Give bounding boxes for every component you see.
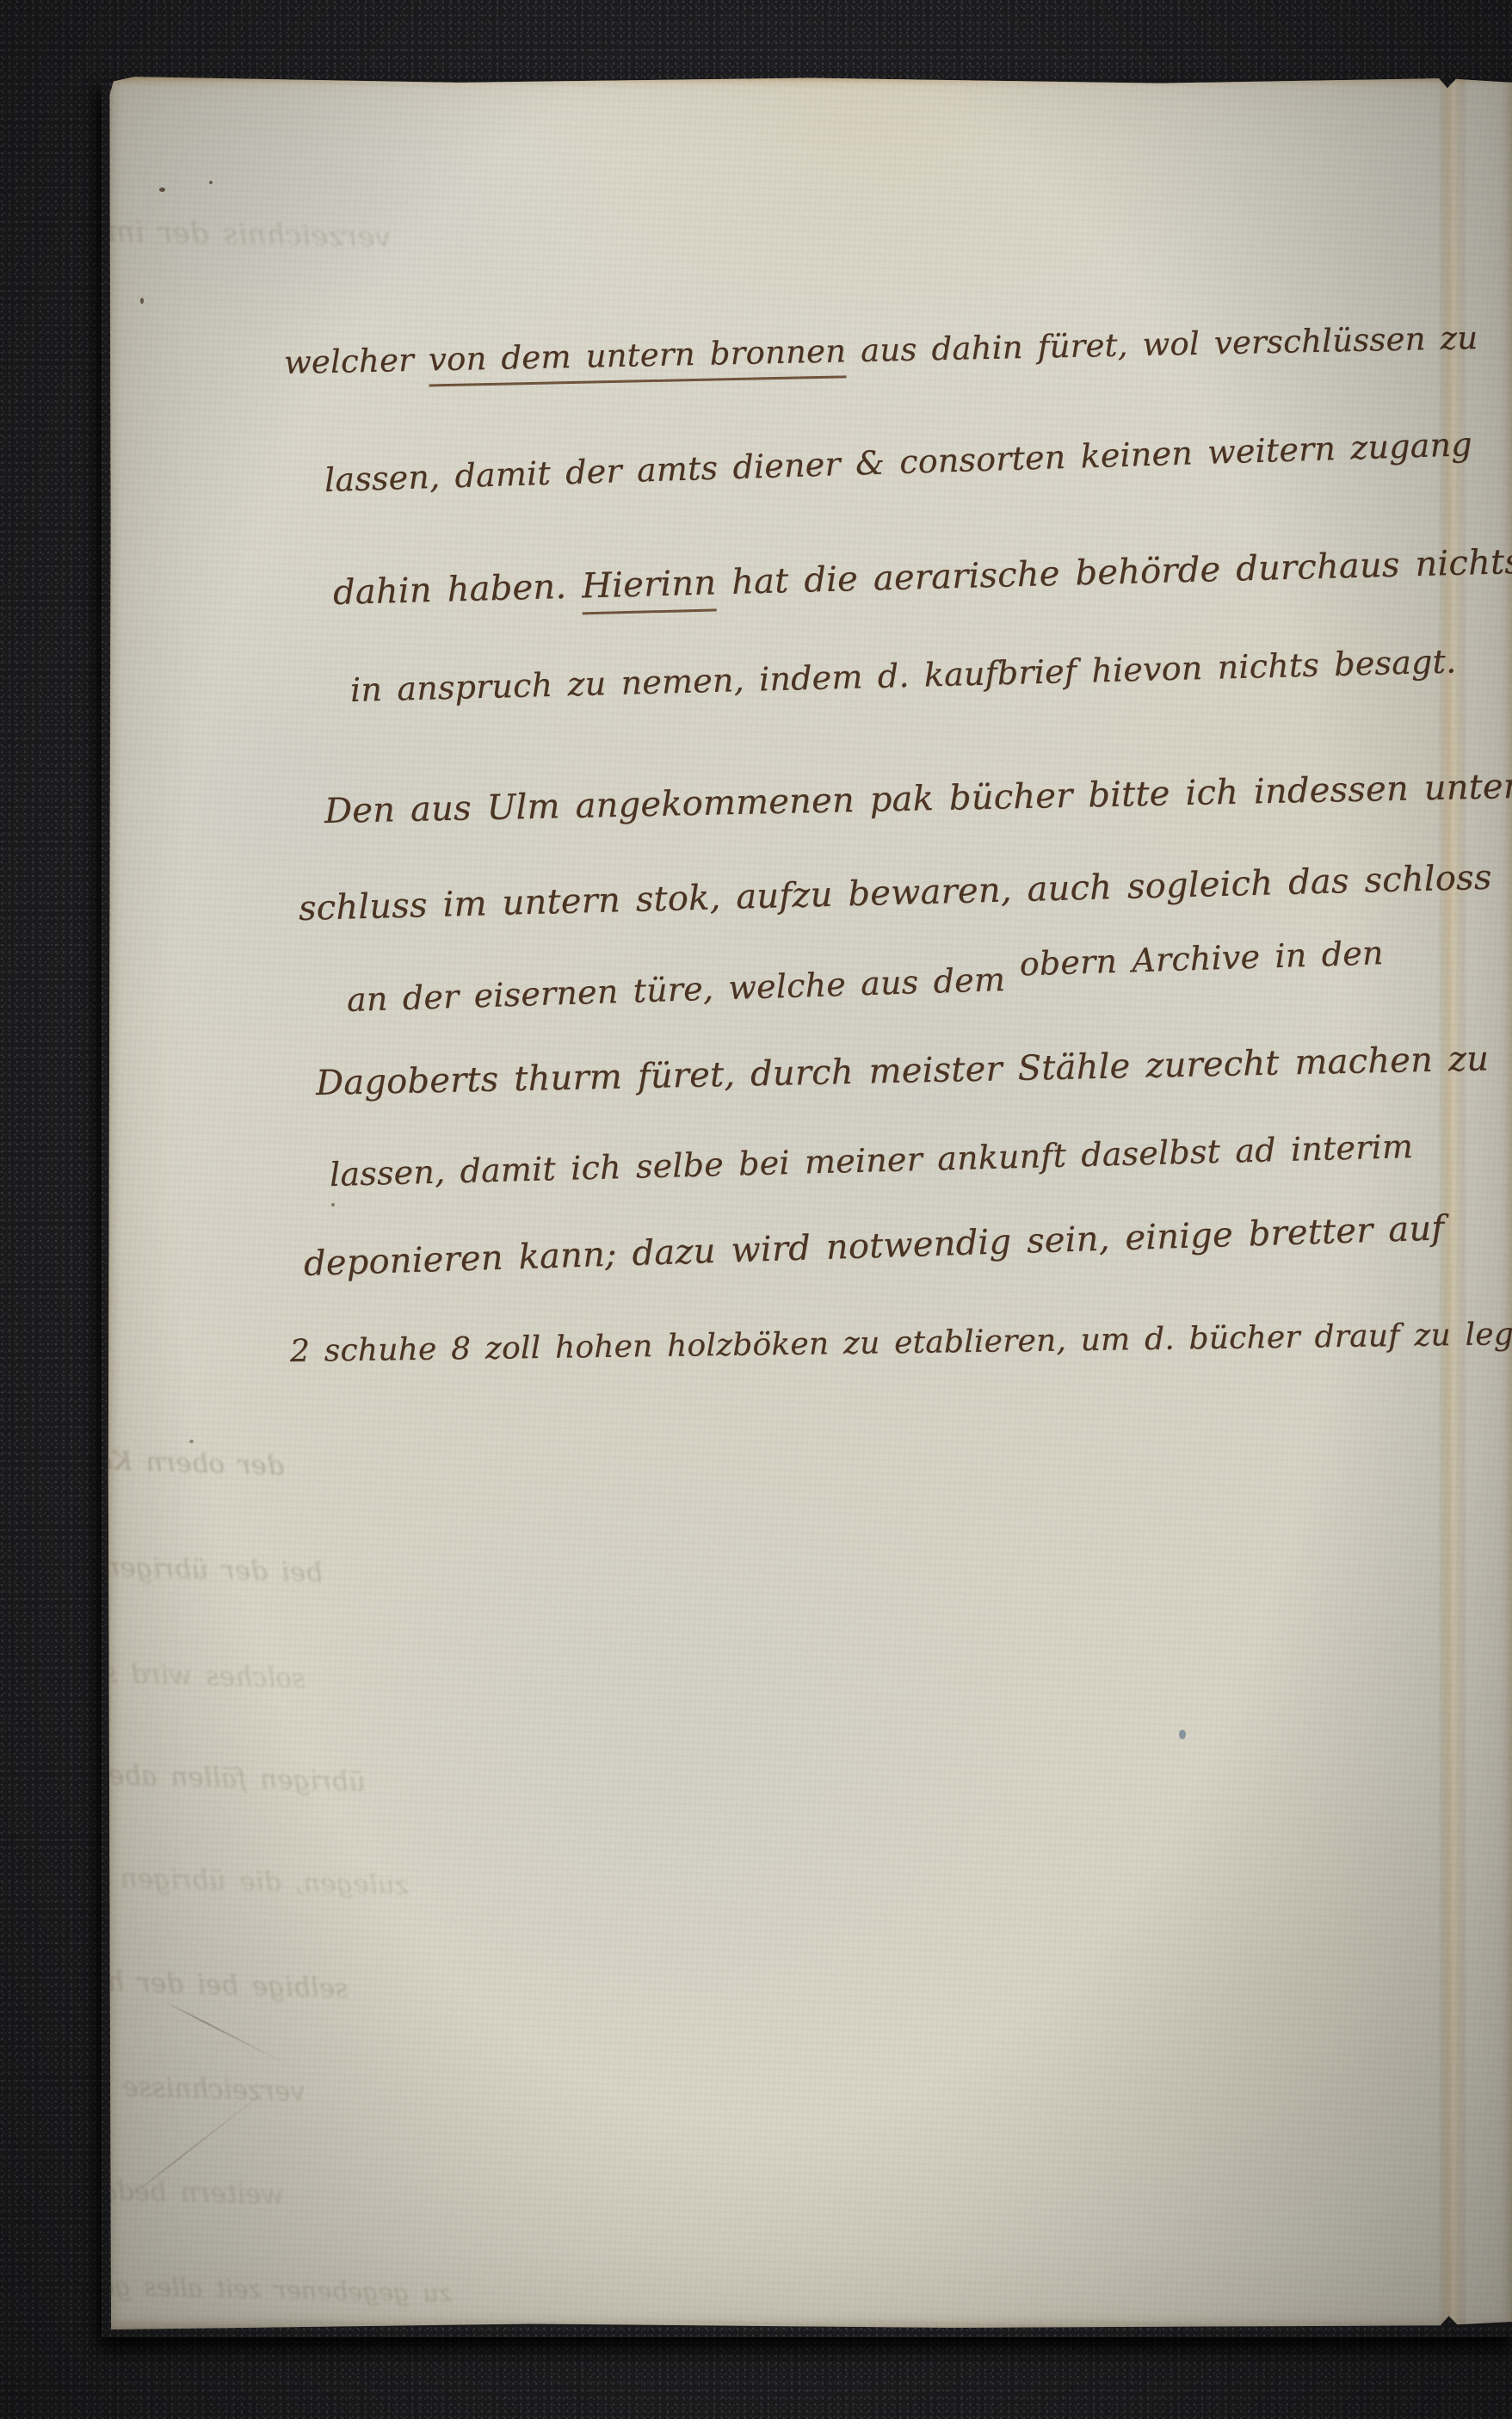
phrase: an der eisernen türe, welche aus dem (346, 960, 1021, 1019)
ink-speck (140, 298, 144, 304)
manuscript-line: an der eisernen türe, welche aus dem obe… (346, 948, 1384, 1019)
bleed-through-line: verzeichnisse hievon sind in der reg. d.… (0, 2052, 305, 2107)
ink-speck (1179, 1730, 1186, 1739)
bleed-through-line: hier aus dem grund, sodann d. acten, wo … (0, 2346, 366, 2396)
bleed-through-line: zulegen, die übrigen in die dazu bestimm… (0, 1849, 409, 1901)
phrase: Den aus Ulm angekommenen pak bücher bitt… (324, 764, 1512, 831)
phrase: hat die aerarische behörde durchaus nich… (716, 542, 1512, 603)
manuscript-line: 2 schuhe 8 zoll hohen holzböken zu etabl… (290, 1316, 1512, 1369)
bleed-through-line: bei der übrigen seel. registratur samt b… (0, 1532, 324, 1589)
phrase: in anspruch zu nemen, indem d. kaufbrief… (349, 642, 1456, 709)
raised-phrase: obern Archive in den (1019, 934, 1384, 983)
bleed-through-line: verzeichnis der im obern archive befindl… (0, 200, 392, 255)
page-fold-right-panel (1466, 76, 1512, 2330)
manuscript-line: schluss im untern stok, aufzu bewaren, a… (298, 858, 1492, 929)
bleed-through-line: solches wird sodann dem amts verweser zu… (0, 1638, 305, 1694)
manuscript-line: dahin haben. Hierinn hat die aerarische … (332, 542, 1512, 613)
bleed-through-line: selbige bei der hand sein, wann etwas da… (0, 1947, 349, 2004)
paper-top-edge-tint (108, 76, 1512, 83)
ink-speck (331, 1203, 335, 1206)
manuscript-line: Dagoberts thurm füret, durch meister Stä… (316, 1039, 1490, 1103)
phrase: lassen, damit ich selbe bei meiner ankun… (329, 1127, 1413, 1194)
scratch-mark (161, 1999, 292, 2067)
manuscript-line: in anspruch zu nemen, indem d. kaufbrief… (349, 642, 1456, 709)
photograph-scene: verzeichnis der im obern archive befindl… (0, 0, 1512, 2419)
phrase: schluss im untern stok, aufzu bewaren, a… (298, 858, 1492, 929)
bleed-through-line: der obern Kammer Verwaltung, die erledig… (0, 1415, 285, 1482)
phrase: welcher (284, 341, 429, 381)
vertical-fold-crease (1440, 76, 1466, 2330)
manuscript-line: lassen, damit ich selbe bei meiner ankun… (329, 1127, 1413, 1194)
phrase: dahin haben. (332, 566, 582, 613)
ink-speck (189, 1440, 194, 1443)
manuscript-page: verzeichnis der im obern archive befindl… (108, 76, 1512, 2330)
underlined-phrase: von dem untern bronnen (428, 332, 846, 386)
bleed-through-line: zu gegebener zeit alles geordnet ist (0, 2268, 452, 2308)
phrase: lassen, damit der amts diener & consorte… (324, 425, 1472, 499)
manuscript-line: welcher von dem untern bronnen aus dahin… (284, 319, 1478, 381)
phrase: Dagoberts thurm füret, durch meister Stä… (316, 1039, 1490, 1103)
manuscript-line: Den aus Ulm angekommenen pak bücher bitt… (324, 764, 1512, 831)
bleed-through-line: übrigen fällen aber, wo möglich, die kau… (0, 1741, 367, 1798)
manuscript-line: lassen, damit der amts diener & consorte… (324, 425, 1472, 499)
manuscript-line: deponieren kann; dazu wird notwendig sei… (303, 1208, 1445, 1284)
ink-speck (209, 181, 213, 184)
ink-speck (159, 188, 165, 192)
phrase: aus dahin füret, wol verschlüssen zu (846, 319, 1478, 369)
phrase: 2 schuhe 8 zoll hohen holzböken zu etabl… (290, 1316, 1512, 1369)
phrase: deponieren kann; dazu wird notwendig sei… (303, 1208, 1445, 1284)
underlined-phrase: Hierinn (581, 563, 717, 614)
